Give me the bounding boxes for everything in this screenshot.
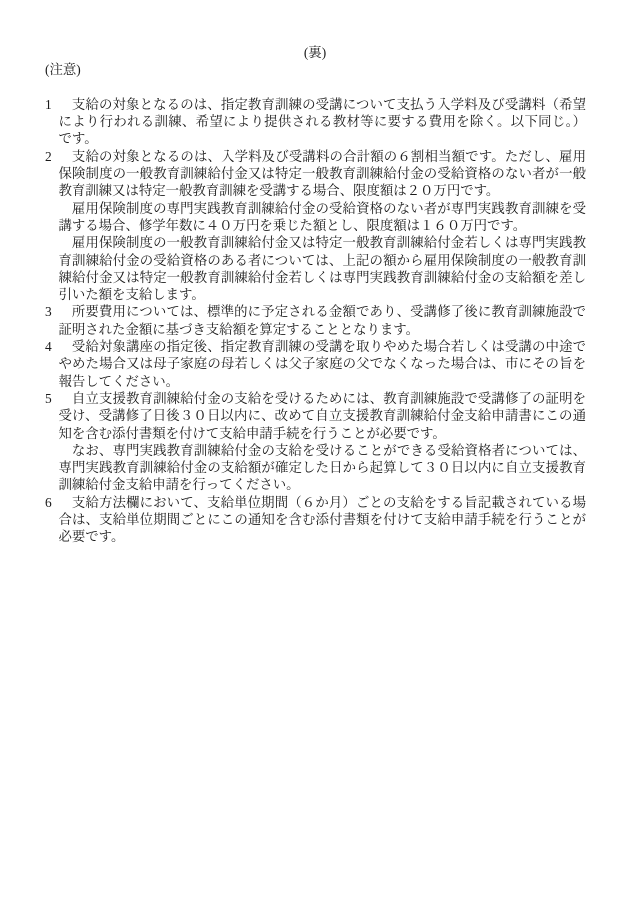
note-number: 2 xyxy=(45,148,59,165)
note-body: 所要費用については、標準的に予定される金額であり、受講修了後に教育訓練施設で証明… xyxy=(59,303,587,338)
note-number: 5 xyxy=(45,390,59,407)
note-paragraph: なお、専門実践教育訓練給付金の支給を受けることができる受給資格者については、専門… xyxy=(59,442,587,494)
note-paragraph: 支給の対象となるのは、指定教育訓練の受講について支払う入学料及び受講料（希望によ… xyxy=(59,96,587,148)
note-body: 支給の対象となるのは、指定教育訓練の受講について支払う入学料及び受講料（希望によ… xyxy=(59,96,587,148)
document-page: (裏) (注意) 1 支給の対象となるのは、指定教育訓練の受講について支払う入学… xyxy=(0,0,630,903)
notes-list: 1 支給の対象となるのは、指定教育訓練の受講について支払う入学料及び受講料（希望… xyxy=(45,96,586,546)
note-item: 1 支給の対象となるのは、指定教育訓練の受講について支払う入学料及び受講料（希望… xyxy=(45,96,586,148)
note-paragraph: 支給の対象となるのは、入学料及び受講料の合計額の６割相当額です。ただし、雇用保険… xyxy=(59,148,587,200)
note-body: 受給対象講座の指定後、指定教育訓練の受講を取りやめた場合若しくは受講の中途でやめ… xyxy=(59,338,587,390)
note-paragraph: 所要費用については、標準的に予定される金額であり、受講修了後に教育訓練施設で証明… xyxy=(59,303,587,338)
note-number: 4 xyxy=(45,338,59,355)
note-number: 6 xyxy=(45,494,59,511)
note-body: 自立支援教育訓練給付金の支給を受けるためには、教育訓練施設で受講修了の証明を受け… xyxy=(59,390,587,494)
note-item: 2 支給の対象となるのは、入学料及び受講料の合計額の６割相当額です。ただし、雇用… xyxy=(45,148,586,304)
note-item: 6 支給方法欄において、支給単位期間（６か月）ごとの支給をする旨記載されている場… xyxy=(45,494,586,546)
page-side-label: (裏) xyxy=(0,0,630,61)
note-paragraph: 支給方法欄において、支給単位期間（６か月）ごとの支給をする旨記載されている場合は… xyxy=(59,494,587,546)
note-item: 3 所要費用については、標準的に予定される金額であり、受講修了後に教育訓練施設で… xyxy=(45,303,586,338)
note-body: 支給の対象となるのは、入学料及び受講料の合計額の６割相当額です。ただし、雇用保険… xyxy=(59,148,587,304)
note-body: 支給方法欄において、支給単位期間（６か月）ごとの支給をする旨記載されている場合は… xyxy=(59,494,587,546)
note-paragraph: 雇用保険制度の一般教育訓練給付金又は特定一般教育訓練給付金若しくは専門実践教育訓… xyxy=(59,234,587,303)
note-paragraph: 雇用保険制度の専門実践教育訓練給付金の受給資格のない者が専門実践教育訓練を受講す… xyxy=(59,200,587,235)
note-number: 3 xyxy=(45,303,59,320)
note-item: 5 自立支援教育訓練給付金の支給を受けるためには、教育訓練施設で受講修了の証明を… xyxy=(45,390,586,494)
note-paragraph: 自立支援教育訓練給付金の支給を受けるためには、教育訓練施設で受講修了の証明を受け… xyxy=(59,390,587,442)
note-number: 1 xyxy=(45,96,59,113)
caution-heading: (注意) xyxy=(0,61,630,78)
note-item: 4 受給対象講座の指定後、指定教育訓練の受講を取りやめた場合若しくは受講の中途で… xyxy=(45,338,586,390)
note-paragraph: 受給対象講座の指定後、指定教育訓練の受講を取りやめた場合若しくは受講の中途でやめ… xyxy=(59,338,587,390)
